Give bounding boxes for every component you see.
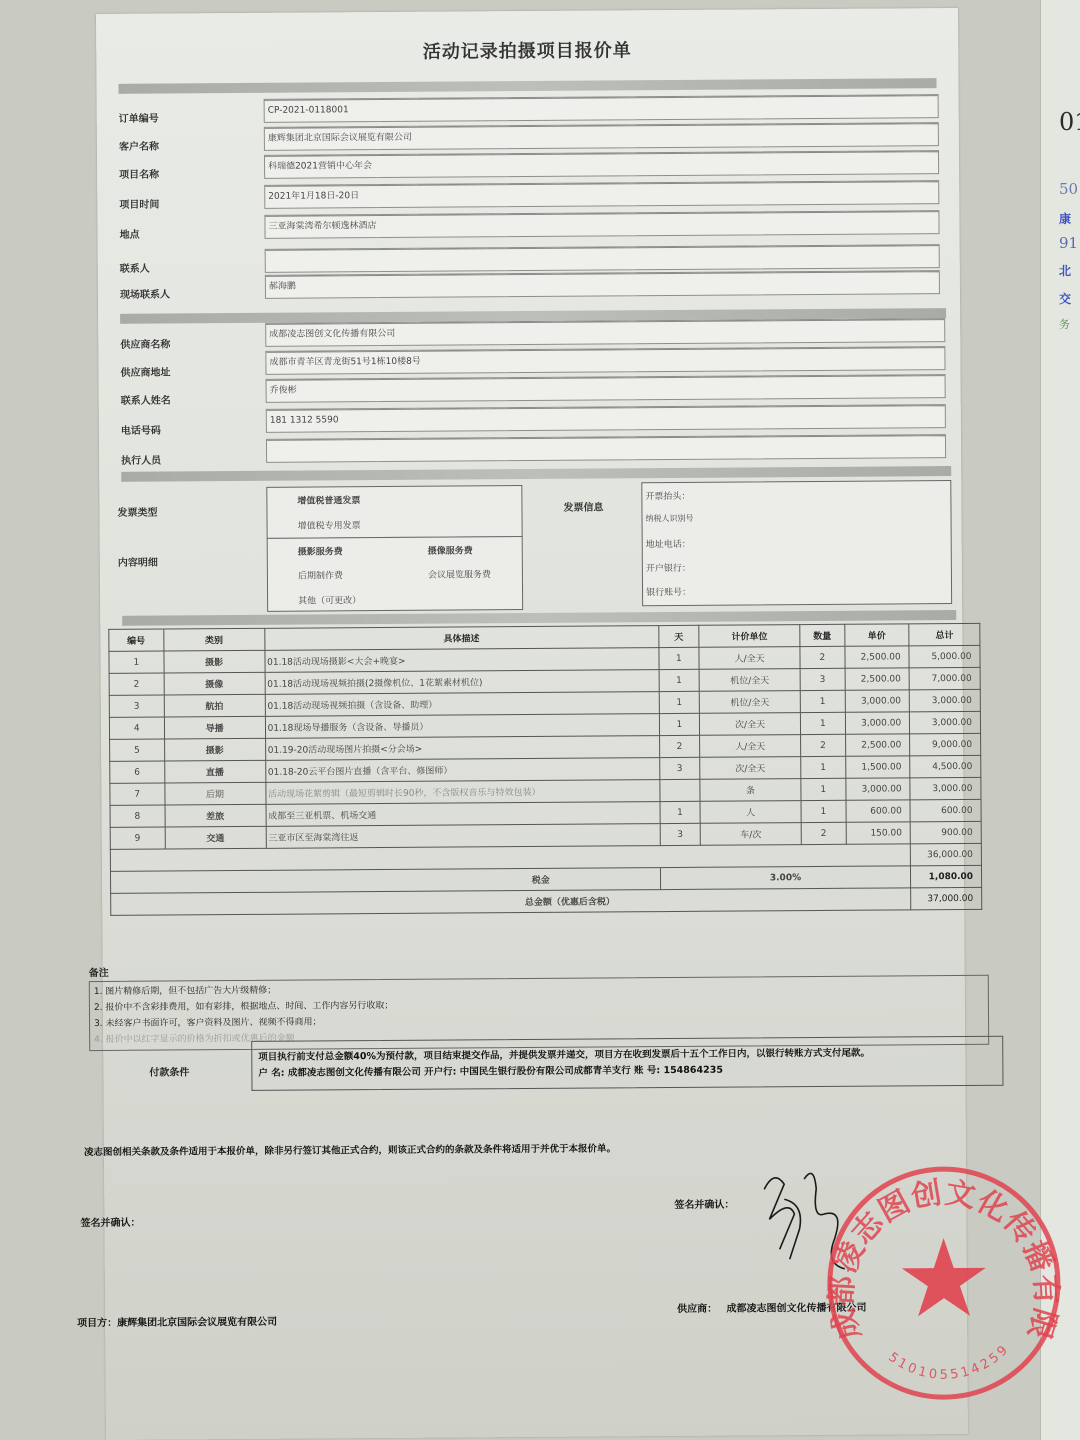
payment-label: 付款条件 — [149, 1063, 189, 1078]
cell-unit: 车/次 — [700, 823, 801, 846]
background-fragment: 北 — [1059, 262, 1071, 279]
cell-desc: 01.18现场导播服务（含设备、导播员） — [265, 714, 659, 739]
column-header: 单价 — [844, 624, 909, 646]
cell-days — [660, 779, 701, 801]
supplier-info-section: 供应商名称成都凌志图创文化传播有限公司供应商地址成都市青羊区青龙街51号1栋10… — [96, 8, 958, 14]
cell-category: 航拍 — [164, 694, 265, 717]
cell-category: 导播 — [164, 716, 265, 739]
cell-desc: 01.18活动现场摄影<大会+晚宴> — [265, 648, 659, 673]
supplier-field-value[interactable]: 成都凌志图创文化传播有限公司 — [265, 318, 945, 347]
cell-category: 后期 — [164, 782, 265, 805]
cell-no: 4 — [109, 717, 164, 739]
cell-price: 600.00 — [846, 800, 911, 822]
section-divider — [121, 466, 951, 482]
client-field-label: 项目名称 — [119, 166, 159, 181]
background-fragment: 务 — [1059, 316, 1070, 332]
cell-no: 9 — [110, 827, 165, 849]
supplier-party-label: 供应商： — [677, 1304, 717, 1315]
background-fragment: 50 — [1059, 180, 1078, 198]
column-header: 计价单位 — [699, 625, 800, 648]
cell-desc: 01.18-20云平台图片直播（含平台、修图师） — [265, 758, 659, 783]
cell-unit: 条 — [700, 779, 801, 802]
client-field-label: 订单编号 — [119, 110, 159, 125]
client-field-value[interactable]: 三亚海棠湾希尔顿逸林酒店 — [264, 210, 939, 239]
cell-total: 3,000.00 — [910, 777, 981, 799]
invoice-content-label: 内容明细 — [118, 554, 158, 569]
cell-price: 1,500.00 — [845, 756, 910, 778]
cell-days: 2 — [659, 735, 700, 757]
cell-no: 2 — [109, 673, 164, 695]
cell-days: 1 — [660, 801, 701, 823]
cell-unit: 人/全天 — [700, 735, 801, 758]
supplier-field-value[interactable]: 乔俊彬 — [266, 374, 946, 403]
client-field-value[interactable]: CP-2021-0118001 — [264, 94, 939, 123]
tax-rate: 3.00% — [660, 866, 911, 890]
cell-total: 3,000.00 — [909, 689, 980, 711]
column-header: 具体描述 — [264, 626, 658, 651]
cell-total: 4,500.00 — [910, 755, 981, 777]
tax-amount: 1,080.00 — [911, 865, 982, 887]
cell-price: 2,500.00 — [845, 734, 910, 756]
column-header: 数量 — [800, 624, 845, 646]
cell-unit: 机位/全天 — [699, 669, 800, 692]
cell-desc: 01.19-20活动现场图片拍摄<分会场> — [265, 736, 659, 761]
client-field-label: 联系人 — [120, 260, 150, 275]
cell-price: 3,000.00 — [845, 690, 910, 712]
cell-qty: 1 — [801, 778, 846, 800]
cell-days: 3 — [659, 757, 700, 779]
cell-qty: 2 — [801, 734, 846, 756]
invoice-type-label: 发票类型 — [117, 504, 157, 519]
client-field-value[interactable]: 2021年1月18日-20日 — [264, 180, 939, 209]
cell-category: 摄影 — [164, 738, 265, 761]
content-option[interactable]: 后期制作费 — [298, 568, 343, 581]
client-field-value[interactable]: 郝海鹏 — [265, 270, 940, 299]
column-header: 天 — [658, 625, 699, 647]
client-field-value[interactable]: 科瑞德2021营销中心年会 — [264, 150, 939, 179]
invoice-info-field[interactable]: 开户银行： — [646, 561, 691, 574]
cell-qty: 1 — [800, 712, 845, 734]
terms-statement: 凌志图创相关条款及条件适用于本报价单，除非另行签订其他正式合约，则该正式合约的条… — [84, 1140, 616, 1158]
invoice-info-label: 发票信息 — [563, 498, 603, 513]
client-field-label: 客户名称 — [119, 138, 159, 153]
client-field-label: 现场联系人 — [120, 285, 170, 300]
cell-days: 3 — [660, 823, 701, 845]
cell-unit: 次/全天 — [699, 713, 800, 736]
supplier-field-label: 电话号码 — [121, 422, 161, 437]
cell-desc: 活动现场花絮剪辑（最短剪辑时长90秒，不含版权音乐与特效包装） — [265, 780, 659, 805]
client-field-value[interactable] — [265, 244, 940, 273]
supplier-field-label: 供应商名称 — [120, 335, 170, 350]
cell-days: 1 — [659, 669, 700, 691]
invoice-content-box: 摄影服务费 摄像服务费 后期制作费 会议展览服务费 其他（可更改） — [267, 536, 524, 612]
column-header: 编号 — [109, 629, 164, 651]
invoice-info-field[interactable]: 银行账号： — [646, 585, 691, 598]
content-option[interactable]: 摄像服务费 — [428, 543, 473, 556]
subtotal-value: 36,000.00 — [911, 843, 982, 865]
cell-no: 5 — [110, 739, 165, 761]
cell-days: 1 — [659, 691, 700, 713]
cell-total: 600.00 — [910, 799, 981, 821]
cell-price: 2,500.00 — [845, 668, 910, 690]
grand-total-value: 37,000.00 — [911, 887, 982, 909]
supplier-field-value[interactable]: 成都市青羊区青龙街51号1栋10楼8号 — [265, 346, 945, 375]
client-info-section: 订单编号CP-2021-0118001客户名称康辉集团北京国际会议展览有限公司项… — [96, 8, 958, 14]
cell-qty: 2 — [800, 646, 845, 668]
cell-total: 9,000.00 — [910, 733, 981, 755]
invoice-info-field[interactable]: 地址电话： — [646, 537, 691, 550]
cell-price: 150.00 — [846, 822, 911, 844]
column-header: 总计 — [909, 623, 980, 645]
cell-days: 1 — [659, 647, 700, 669]
cell-total: 900.00 — [910, 821, 981, 843]
cell-total: 3,000.00 — [910, 711, 981, 733]
background-fragment: 康 — [1059, 210, 1071, 227]
invoice-info-field[interactable]: 开票抬头： — [645, 489, 690, 502]
invoice-info-box: 开票抬头： 纳税人识别号 地址电话： 开户银行： 银行账号： — [641, 480, 952, 606]
cell-total: 7,000.00 — [909, 667, 980, 689]
cell-no: 8 — [110, 805, 165, 827]
invoice-info-field[interactable]: 纳税人识别号 — [645, 513, 693, 524]
client-field-value[interactable]: 康辉集团北京国际会议展览有限公司 — [264, 122, 939, 151]
cell-category: 交通 — [165, 826, 266, 849]
cell-no: 7 — [110, 783, 165, 805]
cell-no: 6 — [110, 761, 165, 783]
cell-unit: 人/全天 — [699, 647, 800, 670]
cell-desc: 三亚市区至海棠湾往返 — [266, 824, 660, 849]
supplier-field-label: 供应商地址 — [120, 363, 170, 378]
cell-qty: 1 — [801, 800, 846, 822]
client-signature-label: 签名并确认： — [80, 1214, 140, 1229]
cell-price: 3,000.00 — [845, 778, 910, 800]
supplier-field-label: 执行人员 — [121, 452, 161, 467]
content-option[interactable]: 摄影服务费 — [298, 544, 343, 557]
cell-no: 3 — [109, 695, 164, 717]
cell-price: 3,000.00 — [845, 712, 910, 734]
background-fragment: 91 — [1059, 234, 1078, 252]
cell-no: 1 — [109, 651, 164, 673]
cell-days: 1 — [659, 713, 700, 735]
cell-desc: 01.18活动现场视频拍摄（含设备、助理） — [265, 692, 659, 717]
cell-qty: 2 — [801, 822, 846, 844]
supplier-field-value[interactable]: 181 1312 5590 — [266, 404, 946, 433]
cell-desc: 01.18活动现场视频拍摄(2摄像机位、1花絮素材机位) — [265, 670, 659, 695]
supplier-field-value[interactable] — [266, 434, 946, 463]
section-divider — [118, 78, 936, 94]
document-title: 活动记录拍摄项目报价单 — [96, 34, 958, 66]
invoice-type-option[interactable]: 增值税专用发票 — [298, 518, 361, 531]
client-field-label: 地点 — [119, 226, 139, 241]
payment-terms-box: 项目执行前支付总金额40%为预付款，项目结束提交作品，并提供发票并递交，项目方在… — [251, 1036, 1003, 1091]
cell-unit: 次/全天 — [700, 757, 801, 780]
client-party: 项目方：康辉集团北京国际会议展览有限公司 — [77, 1313, 277, 1329]
content-option[interactable]: 会议展览服务费 — [428, 567, 491, 580]
content-option[interactable]: 其他（可更改） — [298, 593, 361, 606]
supplier-signature-label: 签名并确认： — [674, 1196, 734, 1211]
cell-desc: 成都至三亚机票、机场交通 — [266, 802, 660, 827]
cell-category: 摄影 — [164, 650, 265, 673]
invoice-type-option[interactable]: 增值税普通发票 — [297, 493, 360, 506]
column-header: 类别 — [163, 628, 264, 651]
background-fragment: 01 — [1059, 108, 1080, 136]
grand-total-row: 总金额（优惠后含税） 37,000.00 — [111, 887, 982, 915]
grand-total-label: 总金额（优惠后含税） — [111, 888, 911, 916]
cell-category: 直播 — [164, 760, 265, 783]
cell-qty: 3 — [800, 668, 845, 690]
company-seal: 成都凌志图创文化传播有限公司 5101055142594 — [820, 1159, 1068, 1407]
cell-unit: 人 — [700, 801, 801, 824]
items-table: 编号类别具体描述天计价单位数量单价总计 1摄影01.18活动现场摄影<大会+晚宴… — [108, 623, 982, 916]
cell-qty: 1 — [801, 756, 846, 778]
cell-category: 差旅 — [165, 804, 266, 827]
cell-total: 5,000.00 — [909, 645, 980, 667]
quotation-sheet: 活动记录拍摄项目报价单 订单编号CP-2021-0118001客户名称康辉集团北… — [96, 8, 968, 1440]
invoice-type-box: 增值税普通发票 增值税专用发票 — [266, 485, 522, 539]
supplier-field-label: 联系人姓名 — [121, 391, 171, 406]
cell-price: 2,500.00 — [844, 646, 909, 668]
seal-star-icon — [902, 1238, 987, 1317]
cell-qty: 1 — [800, 690, 845, 712]
background-fragment: 交 — [1059, 290, 1071, 307]
client-field-label: 项目时间 — [119, 196, 159, 211]
cell-category: 摄像 — [164, 672, 265, 695]
cell-unit: 机位/全天 — [699, 691, 800, 714]
